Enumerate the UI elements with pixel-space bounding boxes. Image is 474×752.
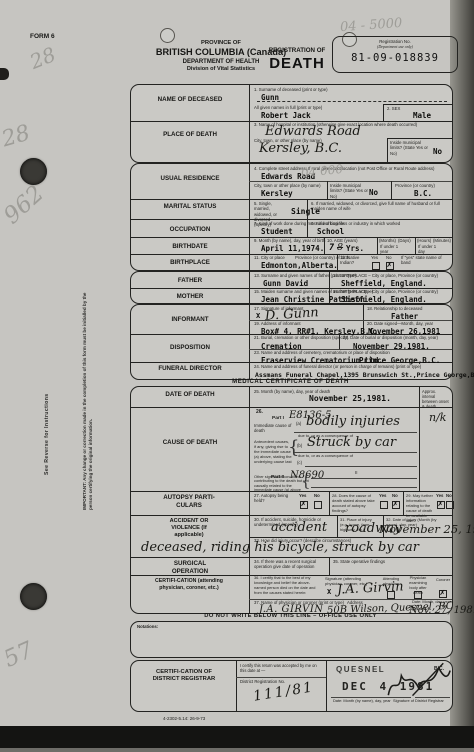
residence-province-value: B.C. xyxy=(414,189,432,198)
cause-a-value: bodily injuries xyxy=(306,414,400,429)
due-to-label-2: due to, or as a consequence of xyxy=(298,453,353,458)
autopsy-29-yes-checkbox: ✗ xyxy=(437,501,445,509)
autopsy-27-no-label: No xyxy=(314,493,320,498)
municipal-limits-label: Inside municipal limits? (State Yes or N… xyxy=(390,140,432,156)
autopsy-28-yes-checkbox xyxy=(380,501,388,509)
row-label-cause-of-death: CAUSE OF DEATH xyxy=(135,439,245,447)
residence-municipal-label: Inside municipal limits? (State Yes or N… xyxy=(330,183,368,199)
residence-city-value: Kersley xyxy=(261,189,293,198)
age-value: 7 xyxy=(329,243,334,253)
row-label-name-of-deceased: NAME OF DECEASED xyxy=(135,96,245,104)
row-label-birthdate: BIRTHDATE xyxy=(135,243,245,251)
registration-of-label: REGISTRATION OF xyxy=(252,47,342,54)
medical-certificate-title: MEDICAL CERTIFICATE OF DEATH xyxy=(130,379,451,385)
municipal-limits-value: No xyxy=(433,147,442,156)
accident-type-value: accident xyxy=(271,520,327,535)
office-use-only-label: DO NOT WRITE BELOW THIS LINE – OFFICE US… xyxy=(130,613,451,619)
row-label-surgical-operation: SURGICAL OPERATION xyxy=(155,560,225,576)
field-19-label: 19. Address of informant xyxy=(254,321,301,326)
row-label-accident-violence: ACCIDENT OR VIOLENCE (If applicable) xyxy=(157,518,221,539)
immediate-cause-label: Immediate cause of death xyxy=(254,423,292,434)
field-12-label: 12. Native Indian? xyxy=(340,255,368,266)
section-name-place: NAME OF DECEASED 1. Surname of deceased … xyxy=(130,84,453,163)
autopsy-28-yes-label: Yes xyxy=(379,493,386,498)
field-26-number: 26. xyxy=(256,409,263,415)
birthdate-value: April 11,1974. xyxy=(261,244,324,253)
row-label-father: FATHER xyxy=(135,277,245,285)
row-label-marital-status: MARITAL STATUS xyxy=(135,203,245,211)
punch-hole-left-upper-icon xyxy=(20,158,47,185)
pencil-note-57: 57 xyxy=(0,637,37,673)
scan-bottom-band xyxy=(0,726,474,750)
scan-bottom-strip xyxy=(0,748,474,752)
native-no-checkbox: ✗ xyxy=(386,262,394,270)
field-11a-label: 11. City or place xyxy=(254,255,285,260)
birthplace-value: Edmonton,Alberta. xyxy=(261,261,338,270)
age-unit: Yrs. xyxy=(346,244,364,253)
part-2-roman: II xyxy=(355,470,358,476)
father-name-value: Gunn David xyxy=(263,279,308,288)
field-28-label: 28. Does the cause of death stated above… xyxy=(332,493,376,513)
autopsy-29-no-label: No xyxy=(446,493,452,498)
cause-b-label: (b) xyxy=(297,443,302,448)
residence-province-label: Province (or country) xyxy=(395,183,435,188)
important-note: IMPORTANT: Any change or correction made… xyxy=(82,282,95,510)
field-27-label: 27. Autopsy being held? xyxy=(254,493,294,504)
notations-label: Notations: xyxy=(137,624,158,629)
autopsy-27-yes-checkbox: ✗ xyxy=(300,501,308,509)
notations-box: Notations: xyxy=(130,621,453,658)
row-label-autopsy: AUTOPSY PARTI-CULARS xyxy=(159,494,219,510)
age-months-label: (Months) xyxy=(379,238,396,243)
age-days-label: (Days) xyxy=(398,238,411,243)
funeral-director-value: Assmans Funeral Chapel,1395 Brunswich St… xyxy=(255,371,474,379)
pencil-note-top: 04 - 5000 xyxy=(340,16,403,35)
residence-municipal-value: No xyxy=(369,188,378,197)
cause-a-label: (a) xyxy=(296,421,301,426)
examining-physician-checkbox xyxy=(414,591,422,599)
given-names-value: Robert Jack xyxy=(261,111,311,120)
death-title: DEATH xyxy=(252,55,342,72)
attending-physician-checkbox xyxy=(387,591,395,599)
province-of-label: PROVINCE OF xyxy=(140,40,302,46)
autopsy-27-no-checkbox xyxy=(314,501,322,509)
registrar-signature-label: Signature of District Registrar xyxy=(393,699,444,704)
coroner-label: Coroner xyxy=(436,578,450,583)
punch-hole-left-lower-icon xyxy=(20,583,47,610)
row-label-disposition: DISPOSITION xyxy=(135,344,245,352)
field-9-label: 9. Month (by name), day, year of birth xyxy=(254,238,325,243)
row-label-date-of-death: DATE OF DEATH xyxy=(135,391,245,399)
section-parents: FATHER 13. Surname and given names of fa… xyxy=(130,271,453,304)
pencil-note-28a: 28 xyxy=(26,42,59,74)
row-label-certification: CERTIFI-CATION (attending physician, cor… xyxy=(155,578,223,591)
registration-number-note: (Department use only) xyxy=(333,44,457,49)
age-minutes-label: (Minutes) xyxy=(433,238,451,243)
form-number: FORM 6 xyxy=(30,33,55,40)
see-reverse-note: See Reverse for Instructions xyxy=(44,300,50,475)
certification-x-mark: X xyxy=(327,588,331,596)
row-label-usual-residence: USUAL RESIDENCE xyxy=(135,175,245,183)
paper-notch xyxy=(0,68,9,80)
field-35-label: 35. State operative findings xyxy=(333,559,385,564)
place-of-death-value: Edwards Road xyxy=(265,124,361,139)
part-1-label: Part I xyxy=(272,416,284,422)
injury-date-value: November 25, 1981 xyxy=(379,522,474,536)
field-23-label: 23. Name and address of cemetery, cremat… xyxy=(254,350,390,355)
autopsy-29-yes-label: Yes xyxy=(436,493,443,498)
field-1b-label: All given names in full (print or type) xyxy=(254,105,322,110)
row-label-district-registrar: CERTIFI-CATION OF DISTRICT REGISTRAR xyxy=(147,669,221,683)
row-label-place-of-death: PLACE OF DEATH xyxy=(135,131,245,139)
row-label-birthplace: BIRTHPLACE xyxy=(135,259,245,267)
date-of-death-value: November 25,1981. xyxy=(309,394,391,403)
residence-pencil-code: 04 000 xyxy=(300,162,343,180)
district-registrar-signature xyxy=(381,660,454,701)
autopsy-27-yes-label: Yes xyxy=(299,493,306,498)
field-20-label: 20. Date signed—Month, day, year xyxy=(367,321,433,326)
occupation-work-value: Student xyxy=(261,227,293,236)
field-2-sex-label: 2. SEX xyxy=(387,106,400,111)
sex-value: Male xyxy=(413,111,431,120)
field-1-label: 1. Surname of deceased (print or type) xyxy=(254,87,328,92)
field-24-label: 24. Name and address of funeral director… xyxy=(254,364,452,369)
field-21-label: 21. Burial, cremation or other dispositi… xyxy=(254,335,348,340)
divider xyxy=(257,101,447,102)
field-8-label: 8. Kind of business or industry in which… xyxy=(311,221,400,226)
pencil-note-962: 962 xyxy=(0,181,49,230)
row-label-funeral-director: FUNERAL DIRECTOR xyxy=(155,365,225,373)
registration-number-value: 81-09-018839 xyxy=(333,52,457,64)
field-16-label: 16. BIRTHPLACE – City or place, Province… xyxy=(333,289,451,294)
coroner-checkbox: ✗ xyxy=(439,590,447,598)
occupation-industry-value: School xyxy=(317,227,344,236)
antecedent-label: Antecedent causes, if any, giving rise t… xyxy=(254,439,292,464)
interval-value: n/k xyxy=(429,411,446,424)
row-label-informant: INFORMANT xyxy=(135,316,245,324)
interval-label: Approx. interval between onset & death xyxy=(422,389,449,409)
section-residence-birth: USUAL RESIDENCE 4. Complete street addre… xyxy=(130,163,453,271)
field-4b-label: City, town or other place (by name) xyxy=(254,183,321,188)
registrar-accept-label: I certify this return was accepted by me… xyxy=(240,663,318,673)
native-yes-checkbox xyxy=(372,262,380,270)
native-no-label: No xyxy=(386,255,392,260)
place-city-value: Kersley, B.C. xyxy=(259,141,342,156)
field-18-label: 18. Relationship to deceased xyxy=(367,306,422,311)
registrar-date-label: Date: Month (by name), day, year xyxy=(333,699,391,704)
other-conditions-label: Other significant conditions contributin… xyxy=(254,475,310,493)
pencil-note-28b: 28 xyxy=(0,121,33,153)
attending-physician-label: Attending physician xyxy=(381,577,401,587)
age-under-year-label: If under 1 year xyxy=(380,244,402,255)
injury-circumstances-value: deceased, riding his bicycle, struck by … xyxy=(141,540,419,555)
cause-c-label: (c) xyxy=(297,460,302,465)
section-medical-certificate: DATE OF DEATH 25. Month (by name), day, … xyxy=(130,386,453,614)
age-hours-label: (Hours) xyxy=(417,238,431,243)
field-14-label: 14. BIRTHPLACE – City or place, Province… xyxy=(333,273,451,278)
mother-birthplace-value: Sheffield, England. xyxy=(341,295,427,304)
death-registration-scan: 28 28 962 57 04 - 5000 See Reverse for I… xyxy=(0,0,474,752)
field-4-label: 4. Complete street address; If rural giv… xyxy=(254,166,452,171)
registration-office-stamp: QUESNEL xyxy=(336,665,385,674)
section-informant-disposition: INFORMANT 17. Signature of informant X D… xyxy=(130,304,453,380)
field-34-label: 34. If there was a recent surgical opera… xyxy=(254,559,324,570)
native-yes-label: Yes xyxy=(371,255,378,260)
registration-number-box: Registration No. (Department use only) 8… xyxy=(332,36,458,73)
form-code: 4-2302-5.14: 26-9-73 xyxy=(163,716,205,722)
band-name-label: If "yes" state name of band xyxy=(401,255,449,266)
field-22-label: 22. Date of burial or disposition (month… xyxy=(343,335,438,340)
autopsy-28-no-label: No xyxy=(392,493,398,498)
autopsy-29-no-checkbox xyxy=(446,501,454,509)
row-label-occupation: OCCUPATION xyxy=(135,226,245,234)
autopsy-28-no-checkbox: ✗ xyxy=(392,501,400,509)
age-under-day-label: If under 1 day xyxy=(418,244,440,255)
section-district-registrar: CERTIFI-CATION OF DISTRICT REGISTRAR I c… xyxy=(130,660,453,712)
row-label-mother: MOTHER xyxy=(135,293,245,301)
field-6-label: 6. If married, widowed, or divorced, giv… xyxy=(311,201,450,212)
age-handwritten-correction: 8 xyxy=(337,242,343,253)
father-birthplace-value: Sheffield, England. xyxy=(341,279,427,288)
field-36-label: 36. I certify that to the best of my kno… xyxy=(254,576,320,596)
cause-b-value: Struck by car xyxy=(307,435,396,450)
